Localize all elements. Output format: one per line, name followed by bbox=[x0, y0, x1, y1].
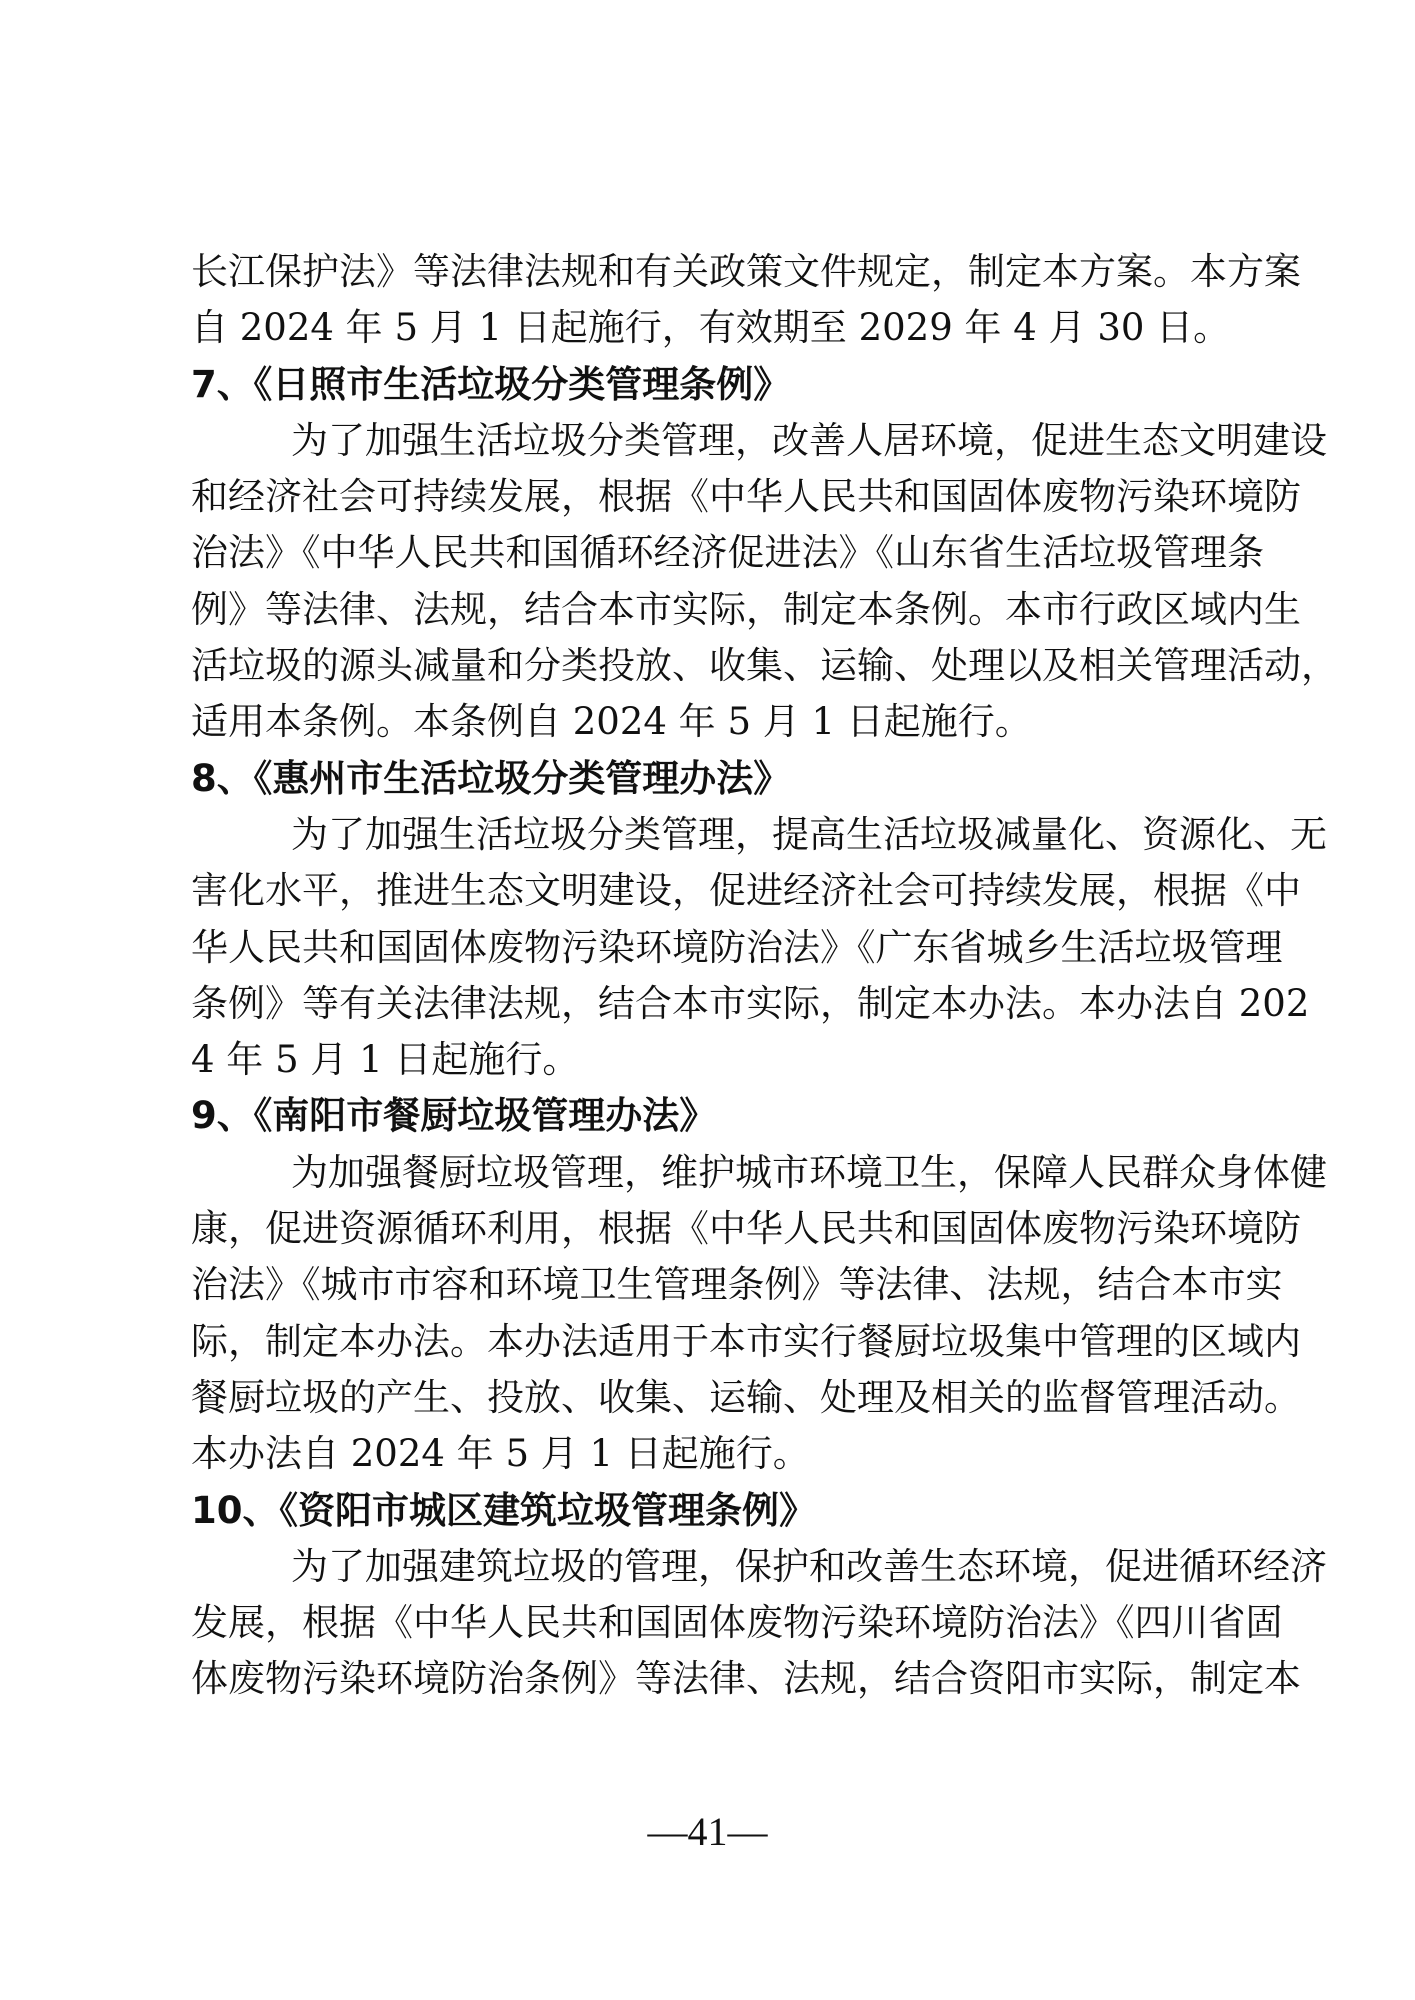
paragraph-first-line: 为了加强生活垃圾分类管理，提高生活垃圾减量化、资源化、无 bbox=[191, 807, 1238, 863]
page-number: —41— bbox=[0, 1808, 1415, 1855]
section-heading-9: 9、《南阳市餐厨垃圾管理办法》 bbox=[191, 1088, 1238, 1144]
body-line: 条例》等有关法律法规，结合本市实际，制定本办法。本办法自 202 bbox=[191, 976, 1238, 1032]
body-line: 长江保护法》等法律法规和有关政策文件规定，制定本方案。本方案 bbox=[191, 244, 1238, 300]
body-line: 活垃圾的源头减量和分类投放、收集、运输、处理以及相关管理活动， bbox=[191, 638, 1238, 694]
body-line: 例》等法律、法规，结合本市实际，制定本条例。本市行政区域内生 bbox=[191, 582, 1238, 638]
paragraph-first-line: 为了加强建筑垃圾的管理，保护和改善生态环境，促进循环经济 bbox=[191, 1539, 1238, 1595]
document-page: 长江保护法》等法律法规和有关政策文件规定，制定本方案。本方案 自 2024 年 … bbox=[0, 0, 1415, 2000]
body-line: 本办法自 2024 年 5 月 1 日起施行。 bbox=[191, 1426, 1238, 1482]
body-line: 适用本条例。本条例自 2024 年 5 月 1 日起施行。 bbox=[191, 694, 1238, 750]
body-line: 餐厨垃圾的产生、投放、收集、运输、处理及相关的监督管理活动。 bbox=[191, 1370, 1238, 1426]
body-line: 体废物污染环境防治条例》等法律、法规，结合资阳市实际，制定本 bbox=[191, 1651, 1238, 1707]
paragraph-first-line: 为加强餐厨垃圾管理，维护城市环境卫生，保障人民群众身体健 bbox=[191, 1145, 1238, 1201]
body-line: 华人民共和国固体废物污染环境防治法》《广东省城乡生活垃圾管理 bbox=[191, 920, 1238, 976]
text-column: 长江保护法》等法律法规和有关政策文件规定，制定本方案。本方案 自 2024 年 … bbox=[191, 244, 1241, 1708]
body-line: 治法》《中华人民共和国循环经济促进法》《山东省生活垃圾管理条 bbox=[191, 525, 1238, 581]
body-line: 康，促进资源循环利用，根据《中华人民共和国固体废物污染环境防 bbox=[191, 1201, 1238, 1257]
section-heading-8: 8、《惠州市生活垃圾分类管理办法》 bbox=[191, 751, 1238, 807]
section-heading-7: 7、《日照市生活垃圾分类管理条例》 bbox=[191, 357, 1238, 413]
body-line: 4 年 5 月 1 日起施行。 bbox=[191, 1032, 1238, 1088]
body-line: 治法》《城市市容和环境卫生管理条例》等法律、法规，结合本市实 bbox=[191, 1257, 1238, 1313]
body-line: 际，制定本办法。本办法适用于本市实行餐厨垃圾集中管理的区域内 bbox=[191, 1314, 1238, 1370]
paragraph-first-line: 为了加强生活垃圾分类管理，改善人居环境，促进生态文明建设 bbox=[191, 413, 1238, 469]
body-line: 自 2024 年 5 月 1 日起施行，有效期至 2029 年 4 月 30 日… bbox=[191, 300, 1238, 356]
body-line: 害化水平，推进生态文明建设，促进经济社会可持续发展，根据《中 bbox=[191, 863, 1238, 919]
body-line: 和经济社会可持续发展，根据《中华人民共和国固体废物污染环境防 bbox=[191, 469, 1238, 525]
section-heading-10: 10、《资阳市城区建筑垃圾管理条例》 bbox=[191, 1483, 1238, 1539]
body-line: 发展，根据《中华人民共和国固体废物污染环境防治法》《四川省固 bbox=[191, 1595, 1238, 1651]
